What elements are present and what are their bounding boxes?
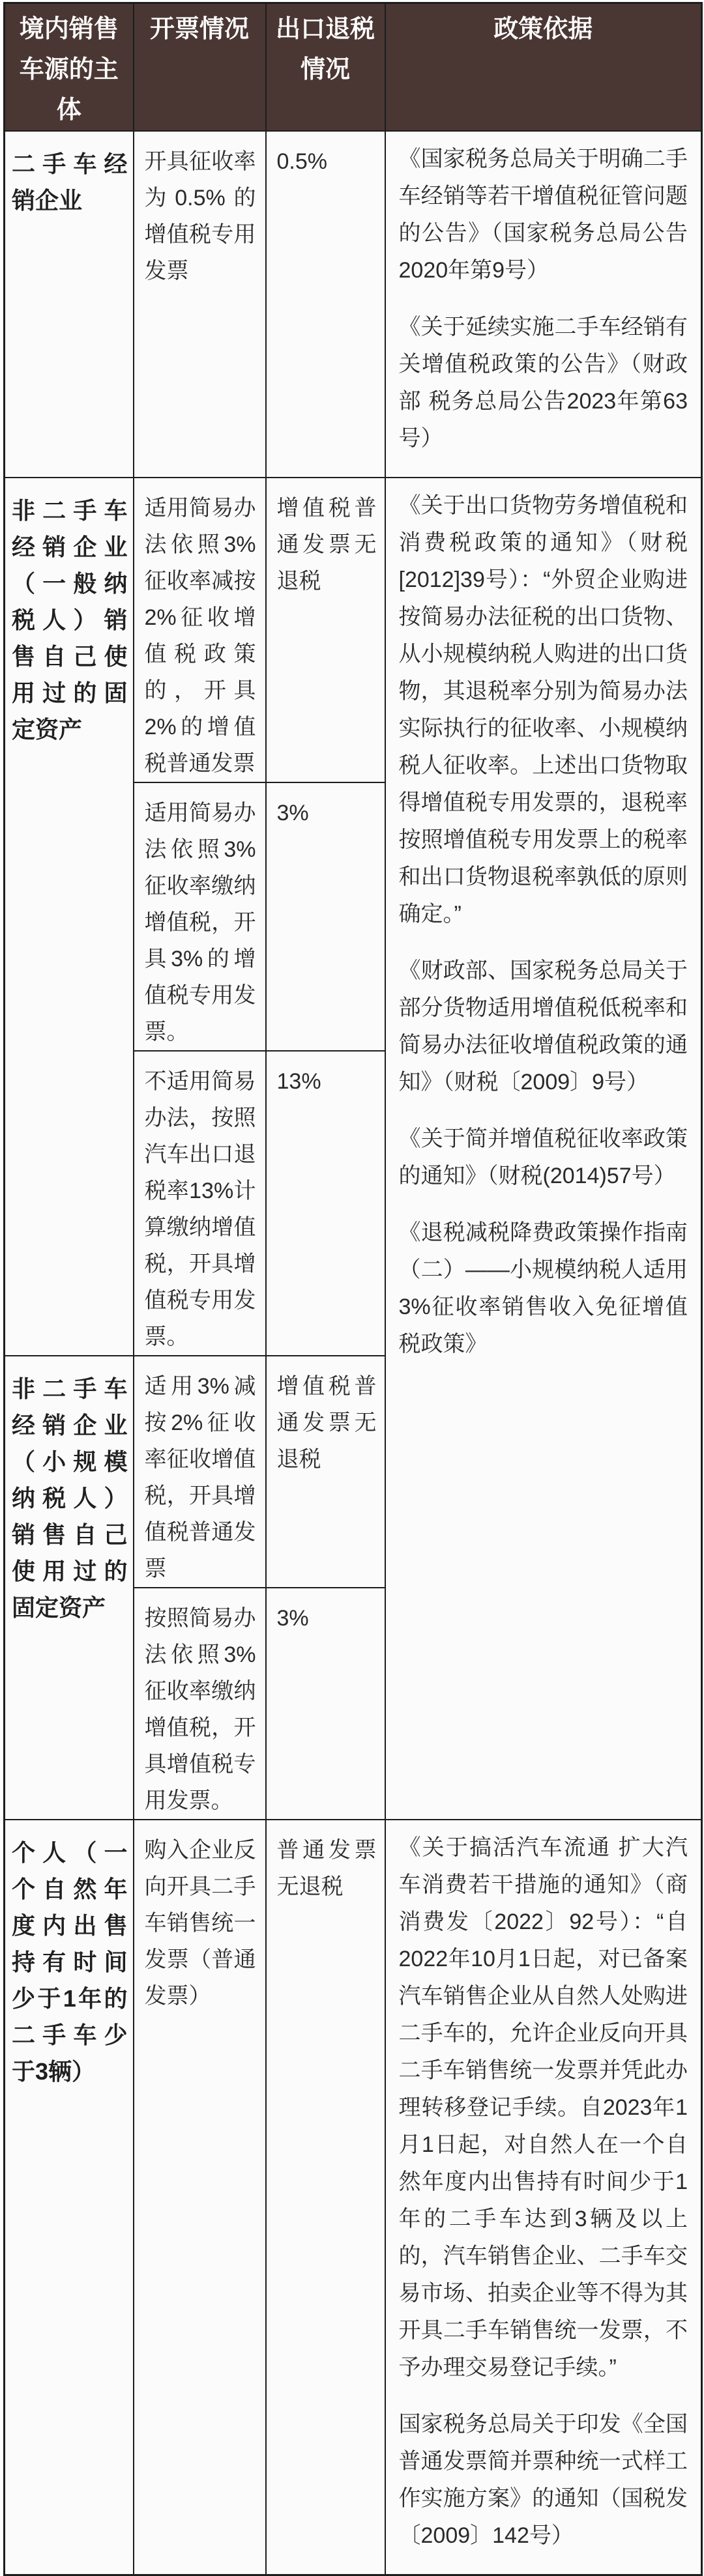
cell-policy-merged: 《关于出口货物劳务增值税和消费税政策的通知》（财税[2012]39号）：“外贸企… [385, 478, 702, 1820]
cell-policy: 《关于搞活汽车流通 扩大汽车消费若干措施的通知》（商消费发〔2022〕92号）：… [385, 1820, 702, 2575]
cell-rebate: 3% [266, 1588, 385, 1820]
policy-table-container: 境内销售车源的主体 开票情况 出口退税情况 政策依据 二手车经销企业 开具征收率… [3, 2, 703, 2576]
cell-rebate: 增值税普通发票无退税 [266, 1356, 385, 1588]
cell-subject-individual: 个人（一个自然年度内出售持有时间少于1年的二手车少于3辆） [5, 1820, 134, 2575]
cell-invoicing: 不适用简易办法，按照汽车出口退税率13%计算缴纳增值税，开具增值税专用发票。 [134, 1051, 266, 1356]
policy-paragraph: 《财政部、国家税务总局关于部分货物适用增值税低税率和简易办法征收增值税政策的通知… [399, 952, 688, 1101]
cell-invoicing: 适用3%减按2%征收率征收增值税，开具增值税普通发票 [134, 1356, 266, 1588]
policy-paragraph: 《国家税务总局关于明确二手车经销等若干增值税征管问题的公告》（国家税务总局公告2… [399, 141, 688, 289]
cell-rebate: 普通发票无退税 [266, 1820, 385, 2575]
cell-rebate: 0.5% [266, 131, 385, 478]
cell-subject-small-taxpayer: 非二手车经销企业（小规模纳税人）销售自己使用过的固定资产 [5, 1356, 134, 1820]
header-invoicing: 开票情况 [134, 3, 266, 132]
policy-paragraph: 《退税减税降费政策操作指南（二）——小规模纳税人适用3%征收率销售收入免征增值税… [399, 1214, 688, 1363]
used-car-tax-policy-table: 境内销售车源的主体 开票情况 出口退税情况 政策依据 二手车经销企业 开具征收率… [3, 2, 703, 2576]
policy-paragraph: 《关于搞活汽车流通 扩大汽车消费若干措施的通知》（商消费发〔2022〕92号）：… [399, 1829, 688, 2386]
cell-invoicing: 适用简易办法依照3%征收率缴纳增值税，开具3%的增值税专用发票。 [134, 782, 266, 1051]
cell-invoicing: 开具征收率为0.5%的增值税专用发票 [134, 131, 266, 478]
header-subject: 境内销售车源的主体 [5, 3, 134, 132]
policy-paragraph: 《关于延续实施二手车经销有关增值税政策的公告》（财政部 税务总局公告2023年第… [399, 309, 688, 457]
table-row: 个人（一个自然年度内出售持有时间少于1年的二手车少于3辆） 购入企业反向开具二手… [5, 1820, 702, 2575]
cell-rebate: 13% [266, 1051, 385, 1356]
table-row: 非二手车经销企业（一般纳税人）销售自己使用过的固定资产 适用简易办法依照3%征收… [5, 478, 702, 782]
header-rebate: 出口退税情况 [266, 3, 385, 132]
header-policy: 政策依据 [385, 3, 702, 132]
cell-rebate: 3% [266, 782, 385, 1051]
cell-invoicing: 适用简易办法依照3%征收率减按2%征收增值税政策的，开具2%的增值税普通发票 [134, 478, 266, 782]
policy-paragraph: 国家税务总局关于印发《全国普通发票简并票种统一式样工作实施方案》的通知（国税发〔… [399, 2406, 688, 2555]
policy-paragraph: 《关于简并增值税征收率政策的通知》（财税(2014)57号） [399, 1121, 688, 1195]
cell-invoicing: 购入企业反向开具二手车销售统一发票（普通发票） [134, 1820, 266, 2575]
cell-policy: 《国家税务总局关于明确二手车经销等若干增值税征管问题的公告》（国家税务总局公告2… [385, 131, 702, 478]
cell-invoicing: 按照简易办法依照3%征收率缴纳增值税，开具增值税专用发票。 [134, 1588, 266, 1820]
cell-subject-dealer: 二手车经销企业 [5, 131, 134, 478]
table-row: 二手车经销企业 开具征收率为0.5%的增值税专用发票 0.5% 《国家税务总局关… [5, 131, 702, 478]
cell-rebate: 增值税普通发票无退税 [266, 478, 385, 782]
cell-subject-general-taxpayer: 非二手车经销企业（一般纳税人）销售自己使用过的固定资产 [5, 478, 134, 1356]
policy-paragraph: 《关于出口货物劳务增值税和消费税政策的通知》（财税[2012]39号）：“外贸企… [399, 487, 688, 933]
header-row: 境内销售车源的主体 开票情况 出口退税情况 政策依据 [5, 3, 702, 132]
